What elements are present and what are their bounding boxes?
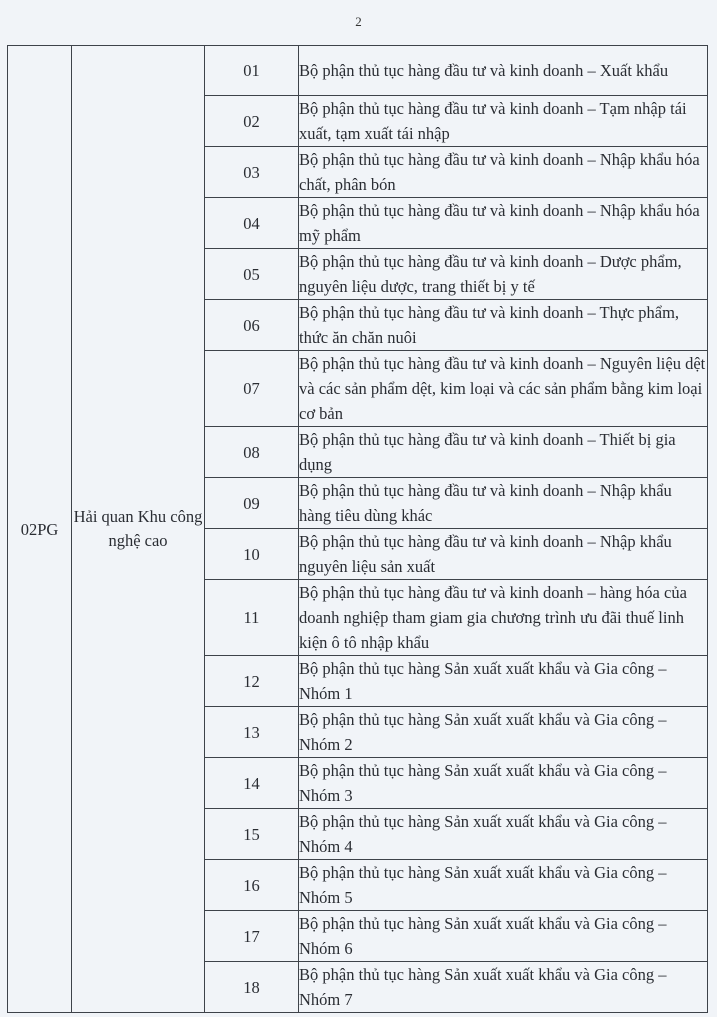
row-number-cell: 08 [205,427,299,478]
row-number-cell: 13 [205,707,299,758]
table-row: 02PGHải quan Khu công nghệ cao01Bộ phận … [8,46,708,96]
row-description-cell: Bộ phận thủ tục hàng đầu tư và kinh doan… [299,249,708,300]
table-body: 02PGHải quan Khu công nghệ cao01Bộ phận … [8,46,708,1013]
row-number-cell: 17 [205,911,299,962]
row-number-cell: 07 [205,351,299,427]
row-number-cell: 05 [205,249,299,300]
row-number-cell: 12 [205,656,299,707]
row-description-cell: Bộ phận thủ tục hàng đầu tư và kinh doan… [299,478,708,529]
row-description-cell: Bộ phận thủ tục hàng đầu tư và kinh doan… [299,147,708,198]
row-description-cell: Bộ phận thủ tục hàng đầu tư và kinh doan… [299,427,708,478]
row-description-cell: Bộ phận thủ tục hàng đầu tư và kinh doan… [299,96,708,147]
row-number-cell: 11 [205,580,299,656]
row-number-cell: 01 [205,46,299,96]
row-description-cell: Bộ phận thủ tục hàng đầu tư và kinh doan… [299,580,708,656]
unit-name-cell: Hải quan Khu công nghệ cao [72,46,205,1013]
row-number-cell: 16 [205,860,299,911]
row-number-cell: 06 [205,300,299,351]
row-description-cell: Bộ phận thủ tục hàng đầu tư và kinh doan… [299,46,708,96]
row-number-cell: 02 [205,96,299,147]
row-description-cell: Bộ phận thủ tục hàng Sản xuất xuất khẩu … [299,758,708,809]
row-number-cell: 15 [205,809,299,860]
row-number-cell: 18 [205,962,299,1013]
row-number-cell: 03 [205,147,299,198]
row-number-cell: 14 [205,758,299,809]
row-description-cell: Bộ phận thủ tục hàng Sản xuất xuất khẩu … [299,911,708,962]
row-description-cell: Bộ phận thủ tục hàng Sản xuất xuất khẩu … [299,707,708,758]
unit-code-cell: 02PG [8,46,72,1013]
row-number-cell: 04 [205,198,299,249]
row-description-cell: Bộ phận thủ tục hàng Sản xuất xuất khẩu … [299,656,708,707]
row-description-cell: Bộ phận thủ tục hàng Sản xuất xuất khẩu … [299,860,708,911]
row-number-cell: 10 [205,529,299,580]
customs-unit-table: 02PGHải quan Khu công nghệ cao01Bộ phận … [7,45,708,1013]
page-number: 2 [0,14,717,30]
row-description-cell: Bộ phận thủ tục hàng đầu tư và kinh doan… [299,300,708,351]
row-number-cell: 09 [205,478,299,529]
row-description-cell: Bộ phận thủ tục hàng Sản xuất xuất khẩu … [299,962,708,1013]
row-description-cell: Bộ phận thủ tục hàng đầu tư và kinh doan… [299,529,708,580]
row-description-cell: Bộ phận thủ tục hàng Sản xuất xuất khẩu … [299,809,708,860]
row-description-cell: Bộ phận thủ tục hàng đầu tư và kinh doan… [299,198,708,249]
row-description-cell: Bộ phận thủ tục hàng đầu tư và kinh doan… [299,351,708,427]
